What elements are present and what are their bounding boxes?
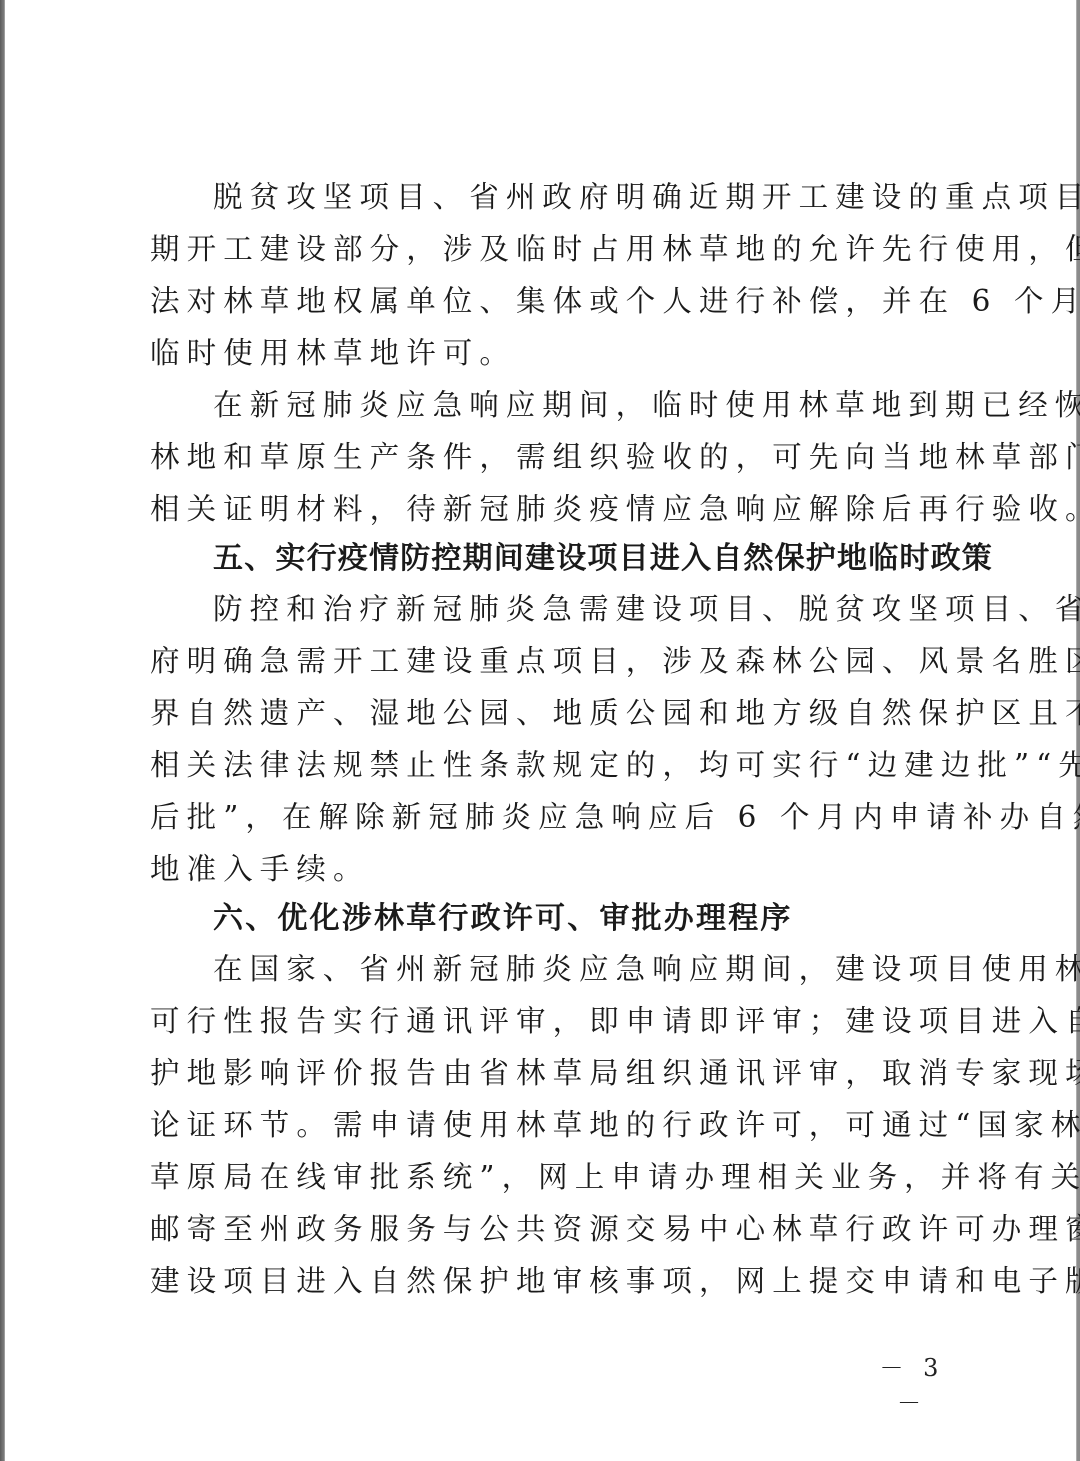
- heading-text: 五、实行疫情防控期间建设项目进入自然保护地临时政策: [150, 535, 944, 583]
- text-line: 脱贫攻坚项目、省州政府明确近期开工建设的重点项目先: [150, 171, 944, 223]
- text-line: 期开工建设部分，涉及临时占用林草地的允许先行使用，但应依: [150, 223, 944, 275]
- text-line: 论证环节。需申请使用林草地的行政许可，可通过“国家林业和: [150, 1099, 944, 1151]
- heading-text: 六、优化涉林草行政许可、审批办理程序: [150, 895, 944, 943]
- text-line: 可行性报告实行通讯评审，即申请即评审；建设项目进入自然保: [150, 995, 944, 1047]
- paragraph: 防控和治疗新冠肺炎急需建设项目、脱贫攻坚项目、省政 府明确急需开工建设重点项目，…: [150, 583, 944, 895]
- paragraph: 在新冠肺炎应急响应期间，临时使用林草地到期已经恢复 林地和草原生产条件，需组织验…: [150, 379, 944, 535]
- page-edge-left: [0, 0, 5, 1461]
- section-heading-6: 六、优化涉林草行政许可、审批办理程序: [150, 895, 944, 943]
- text-line: 在国家、省州新冠肺炎应急响应期间，建设项目使用林地: [150, 943, 944, 995]
- paragraph: 脱贫攻坚项目、省州政府明确近期开工建设的重点项目先 期开工建设部分，涉及临时占用…: [150, 171, 944, 379]
- text-line: 林地和草原生产条件，需组织验收的，可先向当地林草部门出具: [150, 431, 944, 483]
- text-line: 临时使用林草地许可。: [150, 327, 944, 379]
- section-heading-5: 五、实行疫情防控期间建设项目进入自然保护地临时政策: [150, 535, 944, 583]
- text-line: 防控和治疗新冠肺炎急需建设项目、脱贫攻坚项目、省政: [150, 583, 944, 635]
- text-line: 草原局在线审批系统”，网上申请办理相关业务，并将有关材料: [150, 1151, 944, 1203]
- page-number: － 3 －: [872, 1348, 952, 1418]
- text-line: 府明确急需开工建设重点项目，涉及森林公园、风景名胜区、世: [150, 635, 944, 687]
- text-line: 建设项目进入自然保护地审核事项，网上提交申请和电子版申报: [150, 1255, 944, 1307]
- text-line: 地准入手续。: [150, 843, 944, 895]
- text-line: 后批”，在解除新冠肺炎应急响应后 6 个月内申请补办自然保护: [150, 791, 944, 843]
- document-page: 脱贫攻坚项目、省州政府明确近期开工建设的重点项目先 期开工建设部分，涉及临时占用…: [150, 171, 944, 1307]
- text-line: 护地影响评价报告由省林草局组织通讯评审，取消专家现场考察: [150, 1047, 944, 1099]
- text-line: 法对林草地权属单位、集体或个人进行补偿，并在 6 个月内补办: [150, 275, 944, 327]
- text-line: 相关法律法规禁止性条款规定的，均可实行“边建边批”“先建: [150, 739, 944, 791]
- text-line: 界自然遗产、湿地公园、地质公园和地方级自然保护区且不违反: [150, 687, 944, 739]
- text-line: 邮寄至州政务服务与公共资源交易中心林草行政许可办理窗口；: [150, 1203, 944, 1255]
- text-line: 相关证明材料，待新冠肺炎疫情应急响应解除后再行验收。: [150, 483, 944, 535]
- text-line: 在新冠肺炎应急响应期间，临时使用林草地到期已经恢复: [150, 379, 944, 431]
- paragraph: 在国家、省州新冠肺炎应急响应期间，建设项目使用林地 可行性报告实行通讯评审，即申…: [150, 943, 944, 1307]
